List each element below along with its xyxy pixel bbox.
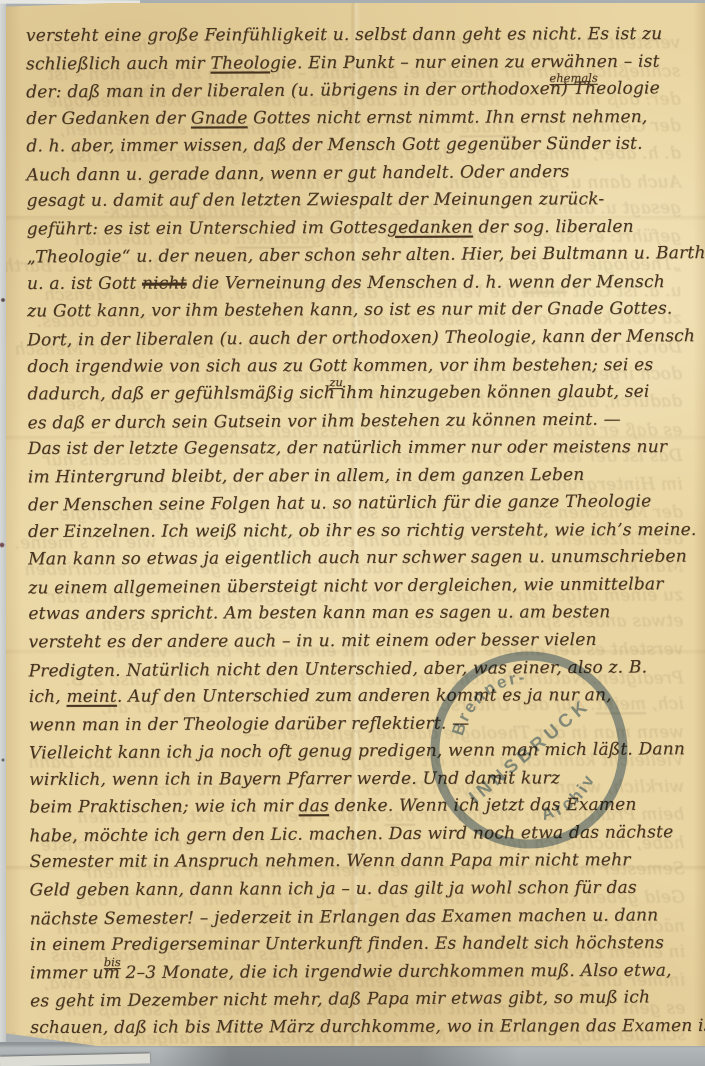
handwriting-line: Das ist der letzte Gegensatz, der natürl… bbox=[28, 437, 699, 467]
scanner-edge-strip bbox=[0, 0, 6, 1066]
handwriting-line: es geht im Dezember nicht mehr, daß Papa… bbox=[30, 987, 701, 1019]
handwriting-line: der Menschen seine Folgen hat u. so natü… bbox=[28, 491, 699, 523]
handwriting-line: d. h. aber, immer wissen, daß der Mensch… bbox=[26, 134, 697, 164]
inserted-word-above-line: zu bbox=[329, 375, 343, 389]
underlined-word: Gnade bbox=[191, 108, 248, 128]
handwriting-line: Man kann so etwas ja eigentlich auch nur… bbox=[28, 547, 699, 577]
scanned-letter-page: versteht eine große Feinfühligkeit u. se… bbox=[0, 0, 705, 1066]
underlined-word: das bbox=[299, 796, 329, 816]
inserted-word-above-line: ehemals bbox=[549, 71, 597, 85]
handwriting-line: es daß er durch sein Gutsein vor ihm bes… bbox=[27, 409, 698, 441]
handwriting-line: dadurch, daß er gefühlsmäßig sich ihm hi… bbox=[27, 382, 698, 412]
handwriting-line: zu einem allgemeinen übersteigt nicht vo… bbox=[28, 574, 699, 606]
handwriting-line: nächste Semester! – jederzeit in Erlange… bbox=[30, 905, 701, 937]
inserted-word-above-line: bis bbox=[104, 955, 121, 969]
handwriting-line: in einem Predigerseminar Unterkunft find… bbox=[30, 933, 701, 963]
letter-paper: versteht eine große Feinfühligkeit u. se… bbox=[6, 3, 705, 1047]
handwriting-line: der Einzelnen. Ich weiß nicht, ob ihr es… bbox=[28, 520, 699, 550]
handwriting-line: geführt: es ist ein Unterschied im Gotte… bbox=[27, 216, 698, 246]
handwriting-line: immer um 2–3 Monate, die ich irgendwie d… bbox=[30, 960, 701, 990]
handwriting-line: der: daß man in der liberalen (u. übrige… bbox=[26, 78, 697, 110]
handwriting-line: schauen, daß ich bis Mitte März durchkom… bbox=[30, 1016, 701, 1046]
struck-through-word: nicht bbox=[142, 273, 187, 293]
handwriting-line: versteht eine große Feinfühligkeit u. se… bbox=[26, 24, 697, 54]
handwriting-line: im Hintergrund bleibt, der aber in allem… bbox=[28, 464, 699, 494]
handwriting-line: Dort, in der liberalen (u. auch der orth… bbox=[27, 326, 698, 358]
handwriting-line: etwas anders spricht. Am besten kann man… bbox=[28, 602, 699, 632]
handwriting-line: gesagt u. damit auf den letzten Zwiespal… bbox=[27, 189, 698, 219]
handwriting-line: der Gedanken der Gnade Gottes nicht erns… bbox=[26, 107, 697, 137]
handwriting-line: Auch dann u. gerade dann, wenn er gut ha… bbox=[26, 161, 697, 193]
handwriting-line: doch irgendwie von sich aus zu Gott komm… bbox=[27, 355, 698, 385]
underlined-word: meint bbox=[66, 687, 116, 707]
handwriting-line: Geld geben kann, dann kann ich ja – u. d… bbox=[30, 877, 701, 907]
underlined-word: gedanken bbox=[387, 217, 473, 237]
archive-stamp: Brenner- INNSBRUCK Archiv bbox=[423, 644, 635, 856]
handwriting-line: u. a. ist Gott nicht die Verneinung des … bbox=[27, 272, 698, 302]
handwriting-line: zu Gott kann, vor ihm bestehen kann, so … bbox=[27, 299, 698, 329]
handwriting-line: „Theologie“ u. der neuen, aber schon seh… bbox=[27, 243, 698, 275]
underlined-word: Theolo bbox=[210, 53, 270, 73]
handwriting-lines: versteht eine große Feinfühligkeit u. se… bbox=[6, 3, 705, 1046]
